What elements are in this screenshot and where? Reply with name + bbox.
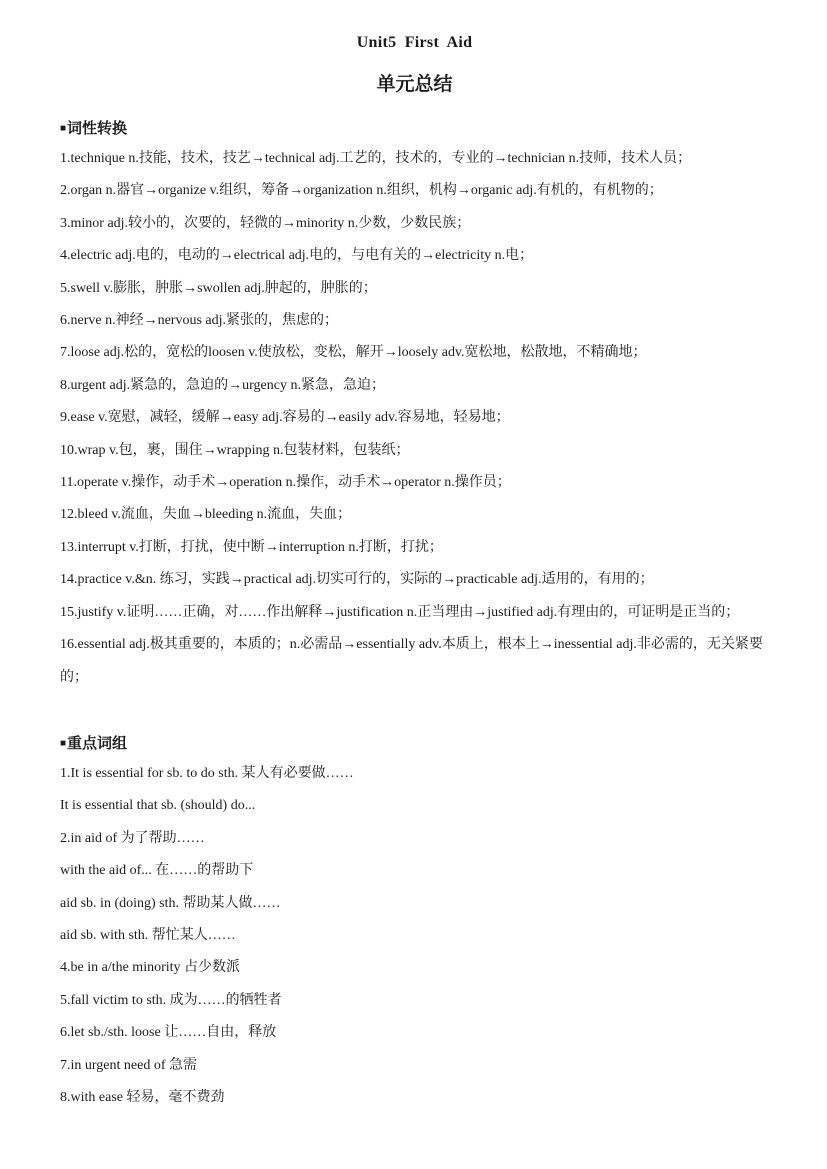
- key-phrase-item: 4.be in a/the minority 占少数派: [60, 952, 769, 984]
- word-transform-item: 14.practice v.&n. 练习，实践→practical adj.切实…: [60, 564, 769, 596]
- word-transform-item: 8.urgent adj.紧急的，急迫的→urgency n.紧急，急迫；: [60, 370, 769, 402]
- word-transform-item: 16.essential adj.极其重要的，本质的；n.必需品→essenti…: [60, 629, 769, 694]
- key-phrase-item: with the aid of... 在……的帮助下: [60, 855, 769, 887]
- key-phrase-item: 7.in urgent need of 急需: [60, 1050, 769, 1082]
- key-phrase-item: 8.with ease 轻易，毫不费劲: [60, 1082, 769, 1114]
- square-bullet-icon: ■: [60, 123, 66, 134]
- word-transform-item: 4.electric adj.电的，电动的→electrical adj.电的，…: [60, 240, 769, 272]
- word-transform-item: 15.justify v.证明……正确，对……作出解释→justificatio…: [60, 597, 769, 629]
- section-heading-key-phrases: ■重点词组: [60, 733, 769, 755]
- word-transform-item: 6.nerve n.神经→nervous adj.紧张的，焦虑的；: [60, 305, 769, 337]
- word-transform-item: 3.minor adj.较小的，次要的，轻微的→minority n.少数，少数…: [60, 208, 769, 240]
- word-transform-item: 5.swell v.膨胀，肿胀→swollen adj.肿起的，肿胀的；: [60, 273, 769, 305]
- key-phrase-item: 6.let sb./sth. loose 让……自由，释放: [60, 1017, 769, 1049]
- word-transform-item: 9.ease v.宽慰，减轻，缓解→easy adj.容易的→easily ad…: [60, 402, 769, 434]
- section-key-phrases: ■重点词组 1.It is essential for sb. to do st…: [60, 733, 769, 1114]
- word-transform-item: 1.technique n.技能，技术，技艺→technical adj.工艺的…: [60, 143, 769, 175]
- word-transform-item: 11.operate v.操作，动手术→operation n.操作，动手术→o…: [60, 467, 769, 499]
- key-phrase-item: 2.in aid of 为了帮助……: [60, 823, 769, 855]
- section-heading-label: 重点词组: [67, 736, 127, 752]
- word-transform-item: 7.loose adj.松的，宽松的loosen v.使放松，变松，解开→loo…: [60, 337, 769, 369]
- word-transform-item: 12.bleed v.流血，失血→bleeding n.流血，失血；: [60, 499, 769, 531]
- section-word-transformation: ■词性转换 1.technique n.技能，技术，技艺→technical a…: [60, 118, 769, 694]
- key-phrase-item: 5.fall victim to sth. 成为……的牺牲者: [60, 985, 769, 1017]
- word-transform-item: 2.organ n.器官→organize v.组织，筹备→organizati…: [60, 175, 769, 207]
- word-transform-item: 10.wrap v.包，裹，围住→wrapping n.包装材料，包装纸；: [60, 435, 769, 467]
- key-phrase-item: 1.It is essential for sb. to do sth. 某人有…: [60, 758, 769, 790]
- square-bullet-icon: ■: [60, 738, 66, 749]
- key-phrase-item: aid sb. in (doing) sth. 帮助某人做……: [60, 888, 769, 920]
- key-phrase-item: aid sb. with sth. 帮忙某人……: [60, 920, 769, 952]
- document-page: Unit5 First Aid 单元总结 ■词性转换 1.technique n…: [0, 0, 827, 1169]
- key-phrase-item: It is essential that sb. (should) do...: [60, 790, 769, 822]
- word-transform-item: 13.interrupt v.打断，打扰，使中断→interruption n.…: [60, 532, 769, 564]
- page-subtitle: 单元总结: [60, 73, 769, 97]
- section-heading-word-transformation: ■词性转换: [60, 118, 769, 140]
- page-title: Unit5 First Aid: [60, 32, 769, 54]
- section-heading-label: 词性转换: [67, 121, 127, 137]
